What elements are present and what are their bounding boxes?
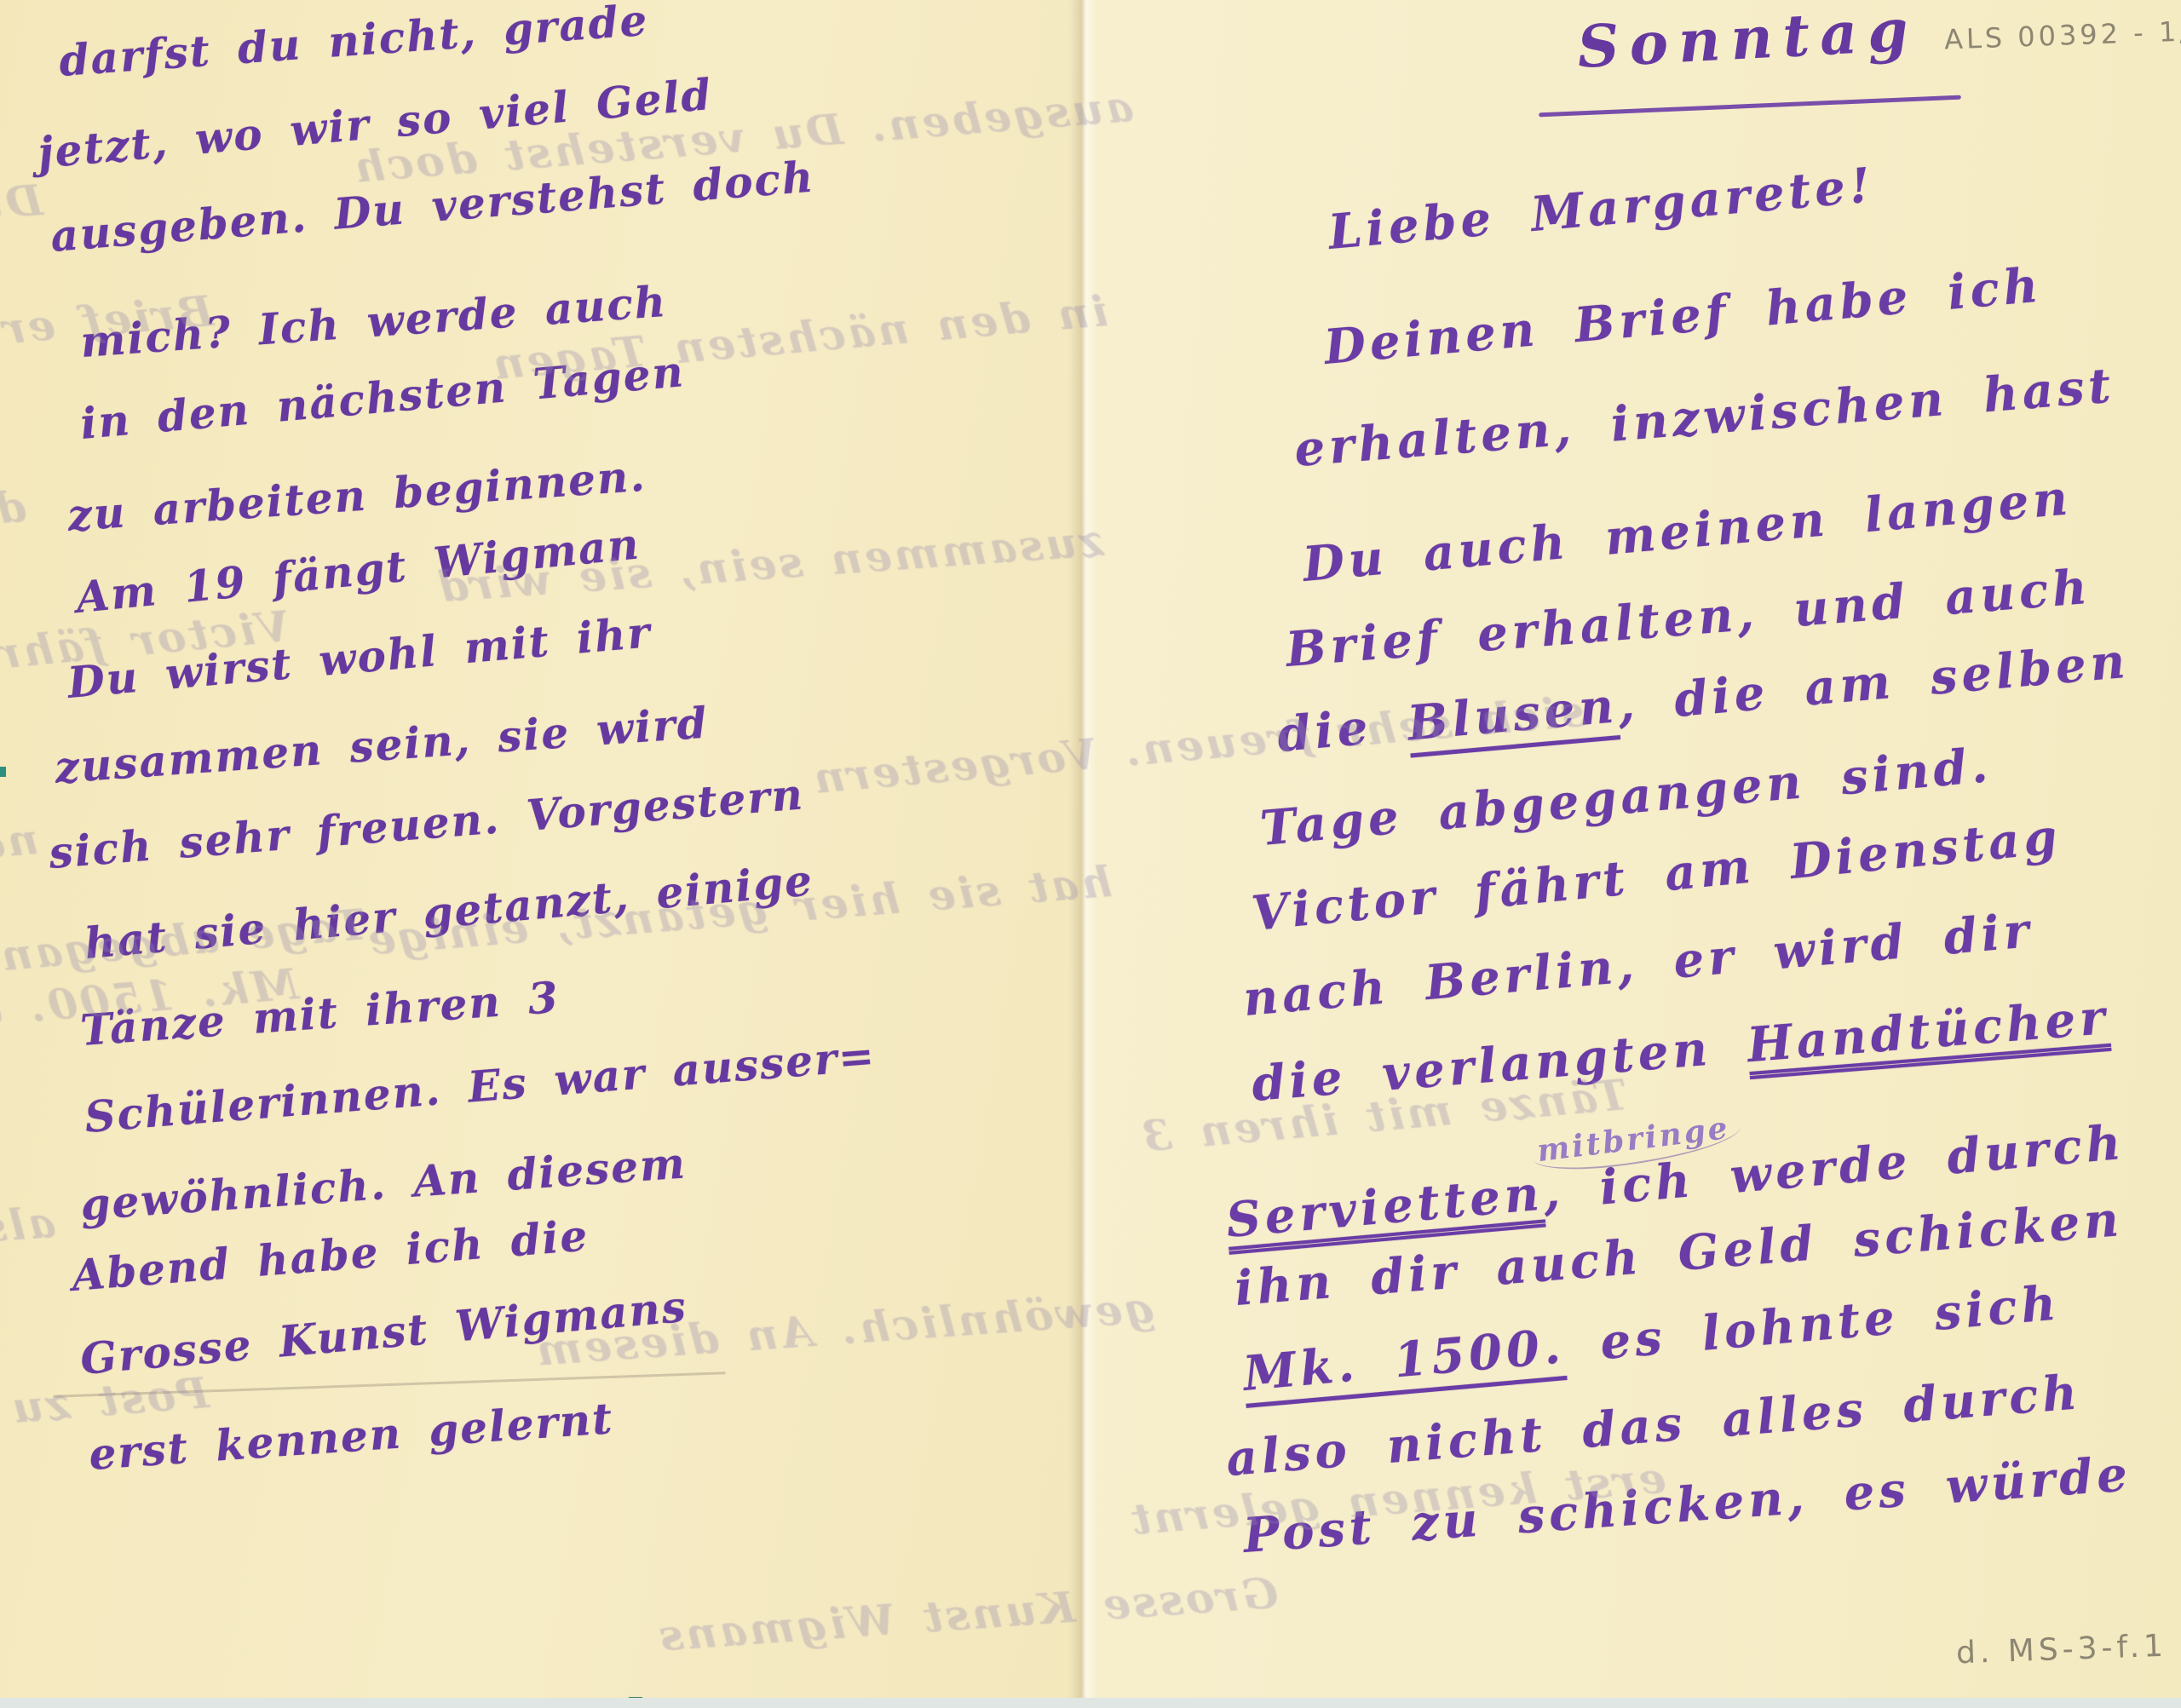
scan-edge-bottom (0, 1698, 2181, 1708)
page-fold (1068, 0, 1097, 1708)
manuscript-reference-annotation: d. MS-3-f.1 (1955, 1629, 2167, 1671)
letter-scan: Sonntag mitbringe ALS 00392 - 1/2 d. MS-… (0, 0, 2181, 1708)
paper-speck (0, 767, 6, 777)
